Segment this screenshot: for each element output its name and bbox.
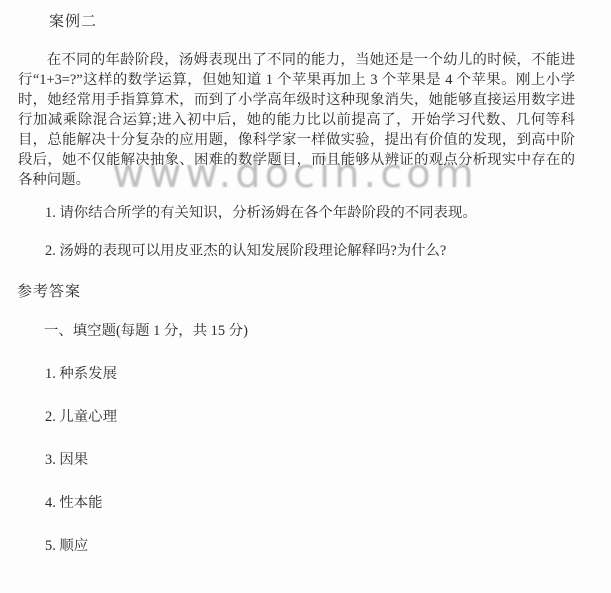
case-body-paragraph: 在不同的年龄阶段，汤姆表现出了不同的能力，当她还是一个幼儿的时候，不能进行“1+… bbox=[18, 50, 575, 190]
answers-heading: 参考答案 bbox=[17, 280, 81, 301]
case-question-1: 1. 请你结合所学的有关知识，分析汤姆在各个年龄阶段的不同表现。 bbox=[45, 201, 477, 222]
answer-item-3: 3. 因果 bbox=[45, 448, 88, 469]
document-page: www.docin.com 案例二 在不同的年龄阶段，汤姆表现出了不同的能力，当… bbox=[0, 0, 611, 593]
answer-item-1: 1. 种系发展 bbox=[45, 362, 117, 383]
case-question-2: 2. 汤姆的表现可以用皮亚杰的认知发展阶段理论解释吗?为什么? bbox=[45, 239, 446, 260]
answer-item-5: 5. 顺应 bbox=[45, 534, 88, 555]
answers-section-title: 一、填空题(每题 1 分，共 15 分) bbox=[44, 319, 248, 340]
document-content: 案例二 在不同的年龄阶段，汤姆表现出了不同的能力，当她还是一个幼儿的时候，不能进… bbox=[0, 0, 611, 593]
answer-item-4: 4. 性本能 bbox=[45, 491, 103, 512]
case-heading: 案例二 bbox=[49, 10, 97, 31]
answer-item-2: 2. 儿童心理 bbox=[45, 405, 117, 426]
